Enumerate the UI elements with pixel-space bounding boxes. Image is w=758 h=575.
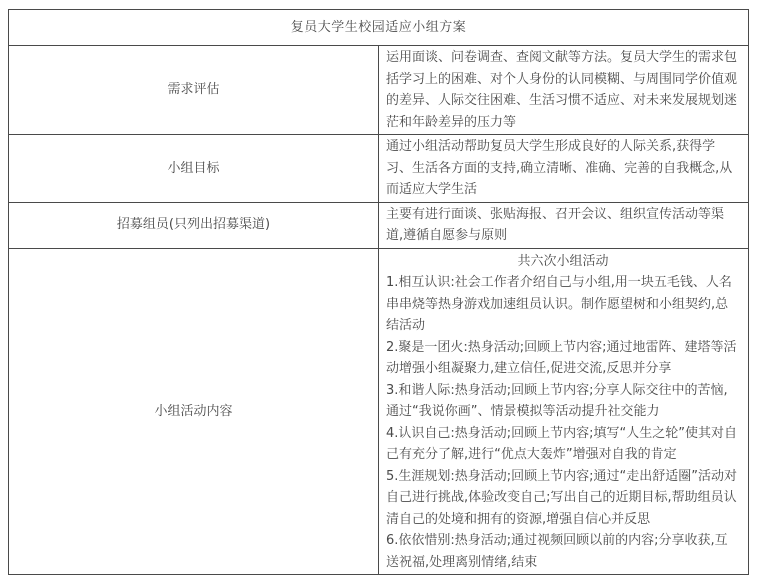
table-row: 招募组员(只列出招募渠道) 主要有进行面谈、张贴海报、召开会议、组织宣传活动等渠… <box>9 202 749 248</box>
activities-subtitle: 共六次小组活动 <box>386 251 740 273</box>
row-content-activities: 共六次小组活动 1.相互认识:社会工作者介绍自己与小组,用一块五毛钱、人名串串烧… <box>379 248 749 575</box>
activity-item-5: 5.生涯规划:热身活动;回顾上节内容;通过“走出舒适圈”活动对自己进行挑战,体验… <box>386 466 740 531</box>
row-label-recruitment: 招募组员(只列出招募渠道) <box>9 202 379 248</box>
table-row: 复员大学生校园适应小组方案 <box>9 10 749 46</box>
activity-item-3: 3.和谐人际:热身活动;回顾上节内容;分享人际交往中的苦恼,通过“我说你画”、情… <box>386 380 740 423</box>
table-row: 小组目标 通过小组活动帮助复员大学生形成良好的人际关系,获得学习、生活各方面的支… <box>9 135 749 203</box>
row-content-recruitment: 主要有进行面谈、张贴海报、召开会议、组织宣传活动等渠道,遵循自愿参与原则 <box>379 202 749 248</box>
activity-item-1: 1.相互认识:社会工作者介绍自己与小组,用一块五毛钱、人名串串烧等热身游戏加速组… <box>386 272 740 337</box>
group-plan-table: 复员大学生校园适应小组方案 需求评估 运用面谈、问卷调查、查阅文献等方法。复员大… <box>8 9 749 575</box>
row-label-activities: 小组活动内容 <box>9 248 379 575</box>
table-row: 小组活动内容 共六次小组活动 1.相互认识:社会工作者介绍自己与小组,用一块五毛… <box>9 248 749 575</box>
document-page: 复员大学生校园适应小组方案 需求评估 运用面谈、问卷调查、查阅文献等方法。复员大… <box>0 0 758 505</box>
row-label-needs-assessment: 需求评估 <box>9 46 379 135</box>
table-row: 需求评估 运用面谈、问卷调查、查阅文献等方法。复员大学生的需求包括学习上的困难、… <box>9 46 749 135</box>
row-content-needs-assessment: 运用面谈、问卷调查、查阅文献等方法。复员大学生的需求包括学习上的困难、对个人身份… <box>379 46 749 135</box>
activity-item-2: 2.聚是一团火:热身活动;回顾上节内容;通过地雷阵、建塔等活动增强小组凝聚力,建… <box>386 337 740 380</box>
activity-item-4: 4.认识自己:热身活动;回顾上节内容;填写“人生之轮”使其对自己有充分了解,进行… <box>386 423 740 466</box>
row-content-group-goals: 通过小组活动帮助复员大学生形成良好的人际关系,获得学习、生活各方面的支持,确立清… <box>379 135 749 203</box>
row-label-group-goals: 小组目标 <box>9 135 379 203</box>
activity-item-6: 6.依依惜别:热身活动;通过视频回顾以前的内容;分享收获,互送祝福,处理离别情绪… <box>386 530 740 573</box>
table-title: 复员大学生校园适应小组方案 <box>9 10 749 46</box>
